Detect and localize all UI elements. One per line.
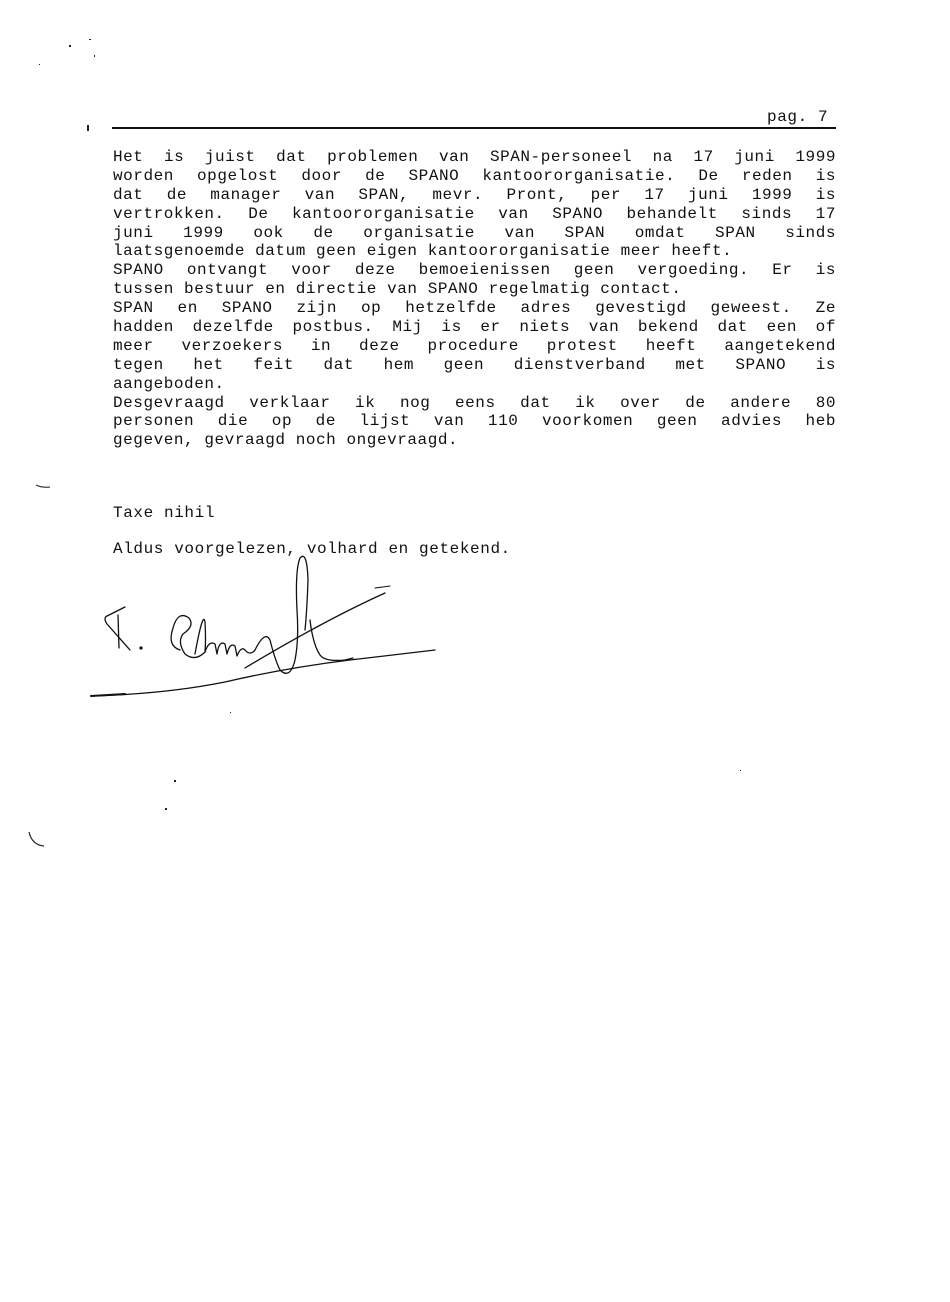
text-line: SPAN en SPANO zijn op hetzelfde adres ge… [113,299,836,318]
text-line: worden opgelost door de SPANO kantoororg… [113,167,836,186]
text-line: dat de manager van SPAN, mevr. Pront, pe… [113,186,836,205]
text-line: Het is juist dat problemen van SPAN-pers… [113,148,836,167]
text-line: tegen het feit dat hem geen dienstverban… [113,356,836,375]
text-line: SPANO ontvangt voor deze bemoeienissen g… [113,261,836,280]
body-text: Het is juist dat problemen van SPAN-pers… [113,148,836,450]
taxe-line: Taxe nihil [113,504,215,522]
text-line: tussen bestuur en directie van SPANO reg… [113,280,836,299]
text-line: juni 1999 ook de organisatie van SPAN om… [113,224,836,243]
text-line: hadden dezelfde postbus. Mij is er niets… [113,318,836,337]
text-line: personen die op de lijst van 110 voorkom… [113,412,836,431]
signature [85,550,445,710]
text-line: meer verzoekers in deze procedure protes… [113,337,836,356]
text-line: gegeven, gevraagd noch ongevraagd. [113,431,836,450]
text-line: aangeboden. [113,375,836,394]
header-rule [112,127,836,129]
text-line: Desgevraagd verklaar ik nog eens dat ik … [113,394,836,413]
text-line: laatsgenoemde datum geen eigen kantooror… [113,242,836,261]
page-number: pag. 7 [767,108,828,126]
text-line: vertrokken. De kantoororganisatie van SP… [113,205,836,224]
